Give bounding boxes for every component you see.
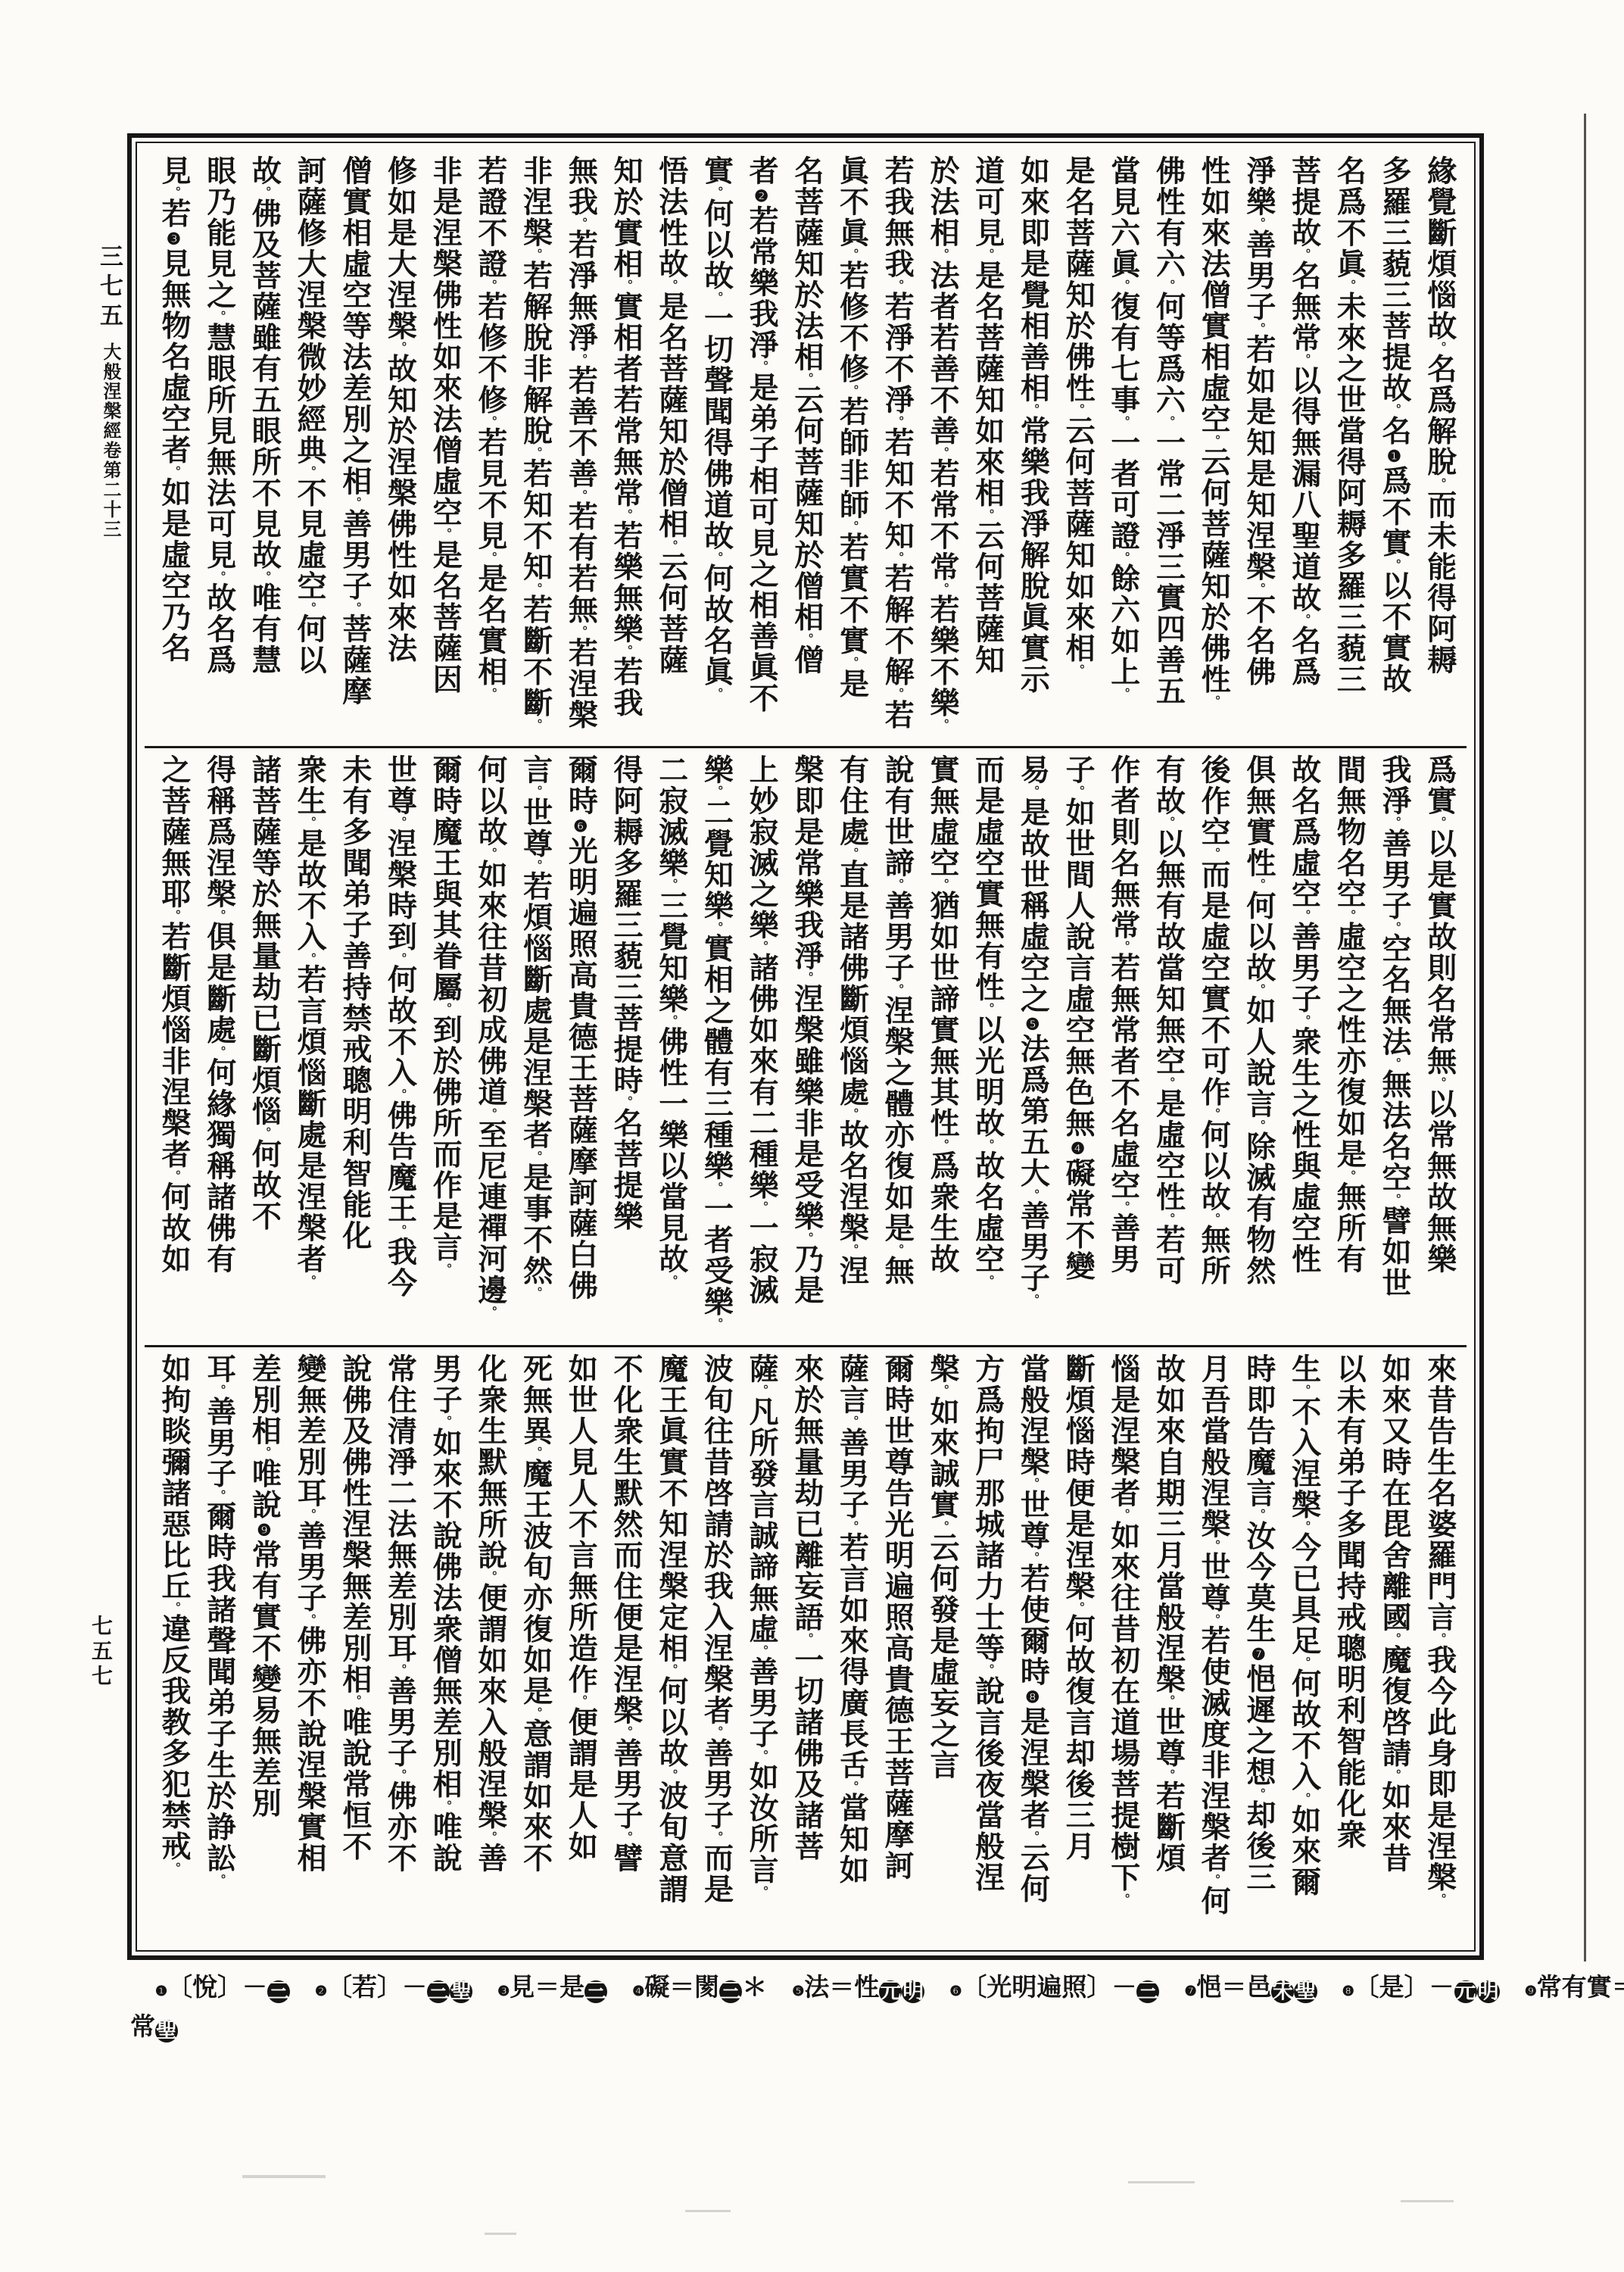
text-column: 作者則名無常。若無常者不名虛空。善男 bbox=[1106, 754, 1138, 1339]
text-column: 爾時魔王與其眷屬。到於佛所而作是言。 bbox=[428, 754, 460, 1339]
register-middle: 爲實。以是實故則名常無。以常無故無樂我淨。善男子。空名無法。無法名空。譬如世間無… bbox=[145, 748, 1467, 1345]
margin-scroll-title: 大般涅槃經卷第二十三 bbox=[97, 342, 123, 539]
footnote-marker-icon: ❾ bbox=[254, 1521, 273, 1540]
text-column: 是名菩薩知於佛性。云何菩薩知如來相。 bbox=[1061, 155, 1093, 740]
text-column: 二寂滅樂。三覺知樂。佛性一樂以當見故。 bbox=[654, 754, 686, 1339]
text-column: 說佛及佛性涅槃無差別相。唯說常恒不 bbox=[338, 1353, 369, 1938]
text-column: 薩。凡所發言誠諦無虛。善男子。如汝所言。 bbox=[744, 1353, 776, 1938]
edition-siglum: 三 bbox=[584, 1980, 607, 2003]
footnote-marker-icon: ❸ bbox=[164, 229, 182, 248]
scan-speck bbox=[242, 2175, 326, 2178]
footnote-marker-icon: ❷ bbox=[315, 1983, 327, 1999]
text-column: 名菩薩知於法相。云何菩薩知於僧相。僧 bbox=[790, 155, 821, 740]
scanned-sutra-page: 三七五 大般涅槃經卷第二十三 七五七 緣覺斷煩惱故。名爲解脫。而未能得阿耨多羅三… bbox=[0, 0, 1624, 2272]
text-column: 訶薩修大涅槃微妙經典。不見虛空。何以 bbox=[292, 155, 324, 740]
text-column: 見。若❸見無物名虛空者。如是虛空乃名 bbox=[157, 155, 189, 740]
register-top: 緣覺斷煩惱故。名爲解脫。而未能得阿耨多羅三藐三菩提故。名❶爲不實。以不實故名爲不… bbox=[145, 149, 1467, 746]
scan-speck bbox=[685, 2210, 731, 2212]
text-column: 爾時世尊告光明遍照高貴德王菩薩摩訶 bbox=[880, 1353, 912, 1938]
text-frame-inner-rule: 緣覺斷煩惱故。名爲解脫。而未能得阿耨多羅三藐三菩提故。名❶爲不實。以不實故名爲不… bbox=[136, 142, 1476, 1952]
text-column: 變無差別耳。善男子。佛亦不說涅槃實相 bbox=[292, 1353, 324, 1938]
text-column: 常住清淨二法無差別耳。善男子。佛亦不 bbox=[383, 1353, 415, 1938]
edition-siglum: 三 bbox=[267, 1980, 290, 2003]
text-column: 者❷若常樂我淨。是弟子相可見之相善眞不 bbox=[744, 155, 776, 740]
text-column: 性如來法僧實相虛空。云何菩薩知於佛性。 bbox=[1196, 155, 1228, 740]
text-column: 故。佛及菩薩雖有五眼所不見故。唯有慧 bbox=[247, 155, 279, 740]
edition-siglum: 三 bbox=[427, 1980, 450, 2003]
page-edge-shadow bbox=[1584, 114, 1586, 1961]
text-column: 以未有弟子多聞持戒聰明利智能化衆 bbox=[1332, 1353, 1364, 1938]
footnote-marker-icon: ❻ bbox=[949, 1983, 962, 1999]
text-column: 方爲拘尸那城諸力士等。說言後夜當般涅 bbox=[971, 1353, 1002, 1938]
register-bottom: 來昔告生名婆羅門言。我今此身即是涅槃。如來又時在毘舍離國。魔復啓請。如來昔以未有… bbox=[145, 1347, 1467, 1944]
edition-siglum: 明 bbox=[1477, 1980, 1500, 2003]
footnote-marker-icon: ❹ bbox=[1068, 1139, 1086, 1158]
text-column: 當見六眞。復有七事。一者可證。餘六如上。 bbox=[1106, 155, 1138, 740]
footnote-marker-icon: ❶ bbox=[155, 1983, 167, 1999]
text-column: 子。如世間人說言虛空無色無❹礙常不變 bbox=[1061, 754, 1093, 1339]
footnote-marker-icon: ❼ bbox=[1249, 1645, 1267, 1664]
text-column: 實無虛空。猶如世諦實無其性。爲衆生故 bbox=[925, 754, 957, 1339]
text-column: 佛性有六。何等爲六。一常二淨三實四善五 bbox=[1151, 155, 1183, 740]
text-column: 後作空。而是虛空實不可作。何以故。無所 bbox=[1196, 754, 1228, 1339]
edition-siglum: 元 bbox=[1454, 1980, 1477, 2003]
edition-siglum: 聖 bbox=[155, 2020, 178, 2043]
footnote-marker-icon: ❸ bbox=[497, 1983, 510, 1999]
edition-siglum: 元 bbox=[879, 1980, 902, 2003]
text-column: 有住處。直是諸佛斷煩惱處。故名涅槃。涅 bbox=[835, 754, 867, 1339]
text-column: 修如是大涅槃。故知於涅槃佛性如來法 bbox=[383, 155, 415, 740]
scan-speck bbox=[485, 2233, 516, 2235]
text-column: 若我無我。若淨不淨。若知不知。若解不解。若 bbox=[880, 155, 912, 740]
text-column: 來於無量劫已離妄語。一切諸佛及諸菩 bbox=[790, 1353, 821, 1938]
margin-page-label: 三七五 bbox=[92, 244, 126, 332]
registers: 緣覺斷煩惱故。名爲解脫。而未能得阿耨多羅三藐三菩提故。名❶爲不實。以不實故名爲不… bbox=[145, 149, 1467, 1944]
footnote-marker-icon: ❶ bbox=[1385, 447, 1403, 466]
text-column: 如來又時在毘舍離國。魔復啓請。如來昔 bbox=[1377, 1353, 1409, 1938]
text-column: 時即告魔言。汝今莫生❼悒遲之想。却後三 bbox=[1242, 1353, 1273, 1938]
edition-siglum: 明 bbox=[902, 1980, 924, 2003]
text-column: 眼乃能見之。慧眼所見無法可見。故名爲 bbox=[202, 155, 234, 740]
text-column: 生。不入涅槃。今已具足。何故不入。如來爾 bbox=[1287, 1353, 1319, 1938]
text-column: 死無異。魔王波旬亦復如是。意謂如來不 bbox=[519, 1353, 550, 1938]
text-column: 斷煩惱時便是涅槃。何故復言却後三月 bbox=[1061, 1353, 1093, 1938]
footnote-marker-icon: ❽ bbox=[1342, 1983, 1354, 1999]
footnote-marker-icon: ❺ bbox=[1023, 1015, 1041, 1034]
text-column: 月吾當般涅槃。世尊。若使滅度非涅槃者。何 bbox=[1196, 1353, 1228, 1938]
text-column: 故如來自期三月當般涅槃。世尊。若斷煩 bbox=[1151, 1353, 1183, 1938]
text-column: 如世人見人不言無所造作。便謂是人如 bbox=[563, 1353, 595, 1938]
text-column: 槃即是常樂我淨。涅槃雖樂非是受樂。乃是 bbox=[790, 754, 821, 1339]
text-column: 波旬往昔啓請於我入涅槃者。善男子。而是 bbox=[699, 1353, 731, 1938]
text-frame: 緣覺斷煩惱故。名爲解脫。而未能得阿耨多羅三藐三菩提故。名❶爲不實。以不實故名爲不… bbox=[127, 133, 1484, 1960]
text-column: 之菩薩無耶。若斷煩惱非涅槃者。何故如 bbox=[157, 754, 189, 1339]
footnote-marker-icon: ❼ bbox=[1184, 1983, 1196, 1999]
text-column: 耳。善男子。爾時我諸聲聞弟子生於諍訟。 bbox=[202, 1353, 234, 1938]
text-column: 槃。如來誠實。云何發是虛妄之言 bbox=[925, 1353, 957, 1938]
edition-siglum: 三 bbox=[719, 1980, 742, 2003]
text-column: 菩提故。名無常。以得無漏八聖道故。名爲 bbox=[1287, 155, 1319, 740]
text-column: 實。何以故。一切聲聞得佛道故。何故名眞。 bbox=[699, 155, 731, 740]
text-column: 悟法性故。是名菩薩知於僧相。云何菩薩 bbox=[654, 155, 686, 740]
text-column: 當般涅槃。世尊。若使爾時❽是涅槃者。云何 bbox=[1015, 1353, 1047, 1938]
scan-speck bbox=[1128, 2181, 1195, 2183]
text-column: 不化衆生默然而住便是涅槃。善男子。譬 bbox=[609, 1353, 641, 1938]
footnote-apparatus-line-2: 常聖 bbox=[130, 2007, 178, 2043]
text-column: 化衆生默無所說。便謂如來入般涅槃。善 bbox=[473, 1353, 505, 1938]
text-column: 來昔告生名婆羅門言。我今此身即是涅槃。 bbox=[1423, 1353, 1454, 1938]
text-column: 言。世尊。若煩惱斷處是涅槃者。是事不然。 bbox=[519, 754, 550, 1339]
text-column: 故名爲虛空。善男子。衆生之性與虛空性 bbox=[1287, 754, 1319, 1339]
text-column: 我淨。善男子。空名無法。無法名空。譬如世 bbox=[1377, 754, 1409, 1339]
text-column: 惱是涅槃者。如來往昔初在道場菩提樹下。 bbox=[1106, 1353, 1138, 1938]
text-column: 多羅三藐三菩提故。名❶爲不實。以不實故 bbox=[1377, 155, 1409, 740]
footnote-marker-icon: ❺ bbox=[792, 1983, 804, 1999]
edition-siglum: 宋 bbox=[1271, 1980, 1294, 2003]
text-column: 俱無實性。何以故。如人說言。除滅有物然 bbox=[1242, 754, 1273, 1339]
text-column: 衆生。是故不入。若言煩惱斷處是涅槃者。 bbox=[292, 754, 324, 1339]
text-column: 爾時❻光明遍照高貴德王菩薩摩訶薩白佛 bbox=[563, 754, 595, 1339]
text-column: 間無物名空。虛空之性亦復如是。無所有 bbox=[1332, 754, 1364, 1339]
page-number-label: 七五七 bbox=[85, 1615, 115, 1690]
footnote-marker-icon: ❾ bbox=[1525, 1983, 1537, 1999]
text-column: 爲實。以是實故則名常無。以常無故無樂 bbox=[1423, 754, 1454, 1339]
text-column: 眞不眞。若修不修。若師非師。若實不實。是 bbox=[835, 155, 867, 740]
text-column: 淨樂。善男子。若如是知是知涅槃。不名佛 bbox=[1242, 155, 1273, 740]
text-column: 僧實相虛空等法差別之相。善男子。菩薩摩 bbox=[338, 155, 369, 740]
text-column: 魔王眞實不知涅槃定相。何以故。波旬意謂 bbox=[654, 1353, 686, 1938]
text-column: 何以故。如來往昔初成佛道。至尼連禪河邊。 bbox=[473, 754, 505, 1339]
text-column: 於法相。法者若善不善。若常不常。若樂不樂。 bbox=[925, 155, 957, 740]
text-column: 非是涅槃佛性如來法僧虛空。是名菩薩因 bbox=[428, 155, 460, 740]
footnote-marker-icon: ❽ bbox=[1023, 1687, 1041, 1706]
footnote-apparatus-line-1: ❶〔悅〕－三 ❷〔若〕－三聖 ❸見＝是三 ❹礙＝閡三＊ ❺法＝性元明 ❻〔光明遍… bbox=[155, 1968, 1624, 2003]
text-column: 差別相。唯說❾常有實不變易無差別 bbox=[247, 1353, 279, 1938]
text-column: 無我。若淨無淨。若善不善。若有若無。若涅槃 bbox=[563, 155, 595, 740]
text-column: 薩言。善男子。若言如來得廣長舌。當知如 bbox=[835, 1353, 867, 1938]
text-column: 名爲不眞。未來之世當得阿耨多羅三藐三 bbox=[1332, 155, 1364, 740]
text-column: 知於實相。實相者若常無常。若樂無樂。若我 bbox=[609, 155, 641, 740]
text-column: 有故。以無有故當知無空。是虛空性。若可 bbox=[1151, 754, 1183, 1339]
scan-speck bbox=[1401, 2200, 1454, 2202]
text-column: 道可見。是名菩薩知如來相。云何菩薩知 bbox=[971, 155, 1002, 740]
text-column: 如拘睒彌諸惡比丘。違反我教多犯禁戒。 bbox=[157, 1353, 189, 1938]
text-column: 如來即是覺相善相。常樂我淨解脫眞實示 bbox=[1015, 155, 1047, 740]
footnote-marker-icon: ❷ bbox=[752, 186, 770, 205]
text-column: 得阿耨多羅三藐三菩提時。名菩提樂 bbox=[609, 754, 641, 1339]
edition-siglum: 聖 bbox=[450, 1980, 472, 2003]
text-column: 而是虛空實無有性。以光明故。故名虛空。 bbox=[971, 754, 1002, 1339]
text-column: 若證不證。若修不修。若見不見。是名實相。 bbox=[473, 155, 505, 740]
edition-siglum: 聖 bbox=[1294, 1980, 1317, 2003]
edition-siglum: 三 bbox=[1136, 1980, 1159, 2003]
text-column: 非涅槃。若解脫非解脫。若知不知。若斷不斷。 bbox=[519, 155, 550, 740]
text-column: 世尊。涅槃時到。何故不入。佛告魔王。我今 bbox=[383, 754, 415, 1339]
text-column: 諸菩薩等於無量劫已斷煩惱。何故不 bbox=[247, 754, 279, 1339]
text-column: 樂。二覺知樂。實相之體有三種樂。一者受樂。 bbox=[699, 754, 731, 1339]
text-column: 得稱爲涅槃。俱是斷處。何緣獨稱諸佛有 bbox=[202, 754, 234, 1339]
text-column: 上妙寂滅之樂。諸佛如來有二種樂。一寂滅 bbox=[744, 754, 776, 1339]
footnote-marker-icon: ❻ bbox=[571, 816, 589, 835]
text-column: 說有世諦。善男子。涅槃之體亦復如是。無 bbox=[880, 754, 912, 1339]
text-column: 未有多聞弟子善持禁戒聰明利智能化 bbox=[338, 754, 369, 1339]
footnote-marker-icon: ❹ bbox=[632, 1983, 644, 1999]
text-column: 易。是故世稱虛空之❺法爲第五大。善男子。 bbox=[1015, 754, 1047, 1339]
text-column: 緣覺斷煩惱故。名爲解脫。而未能得阿耨 bbox=[1423, 155, 1454, 740]
text-column: 男子。如來不說佛法衆僧無差別相。唯說 bbox=[428, 1353, 460, 1938]
